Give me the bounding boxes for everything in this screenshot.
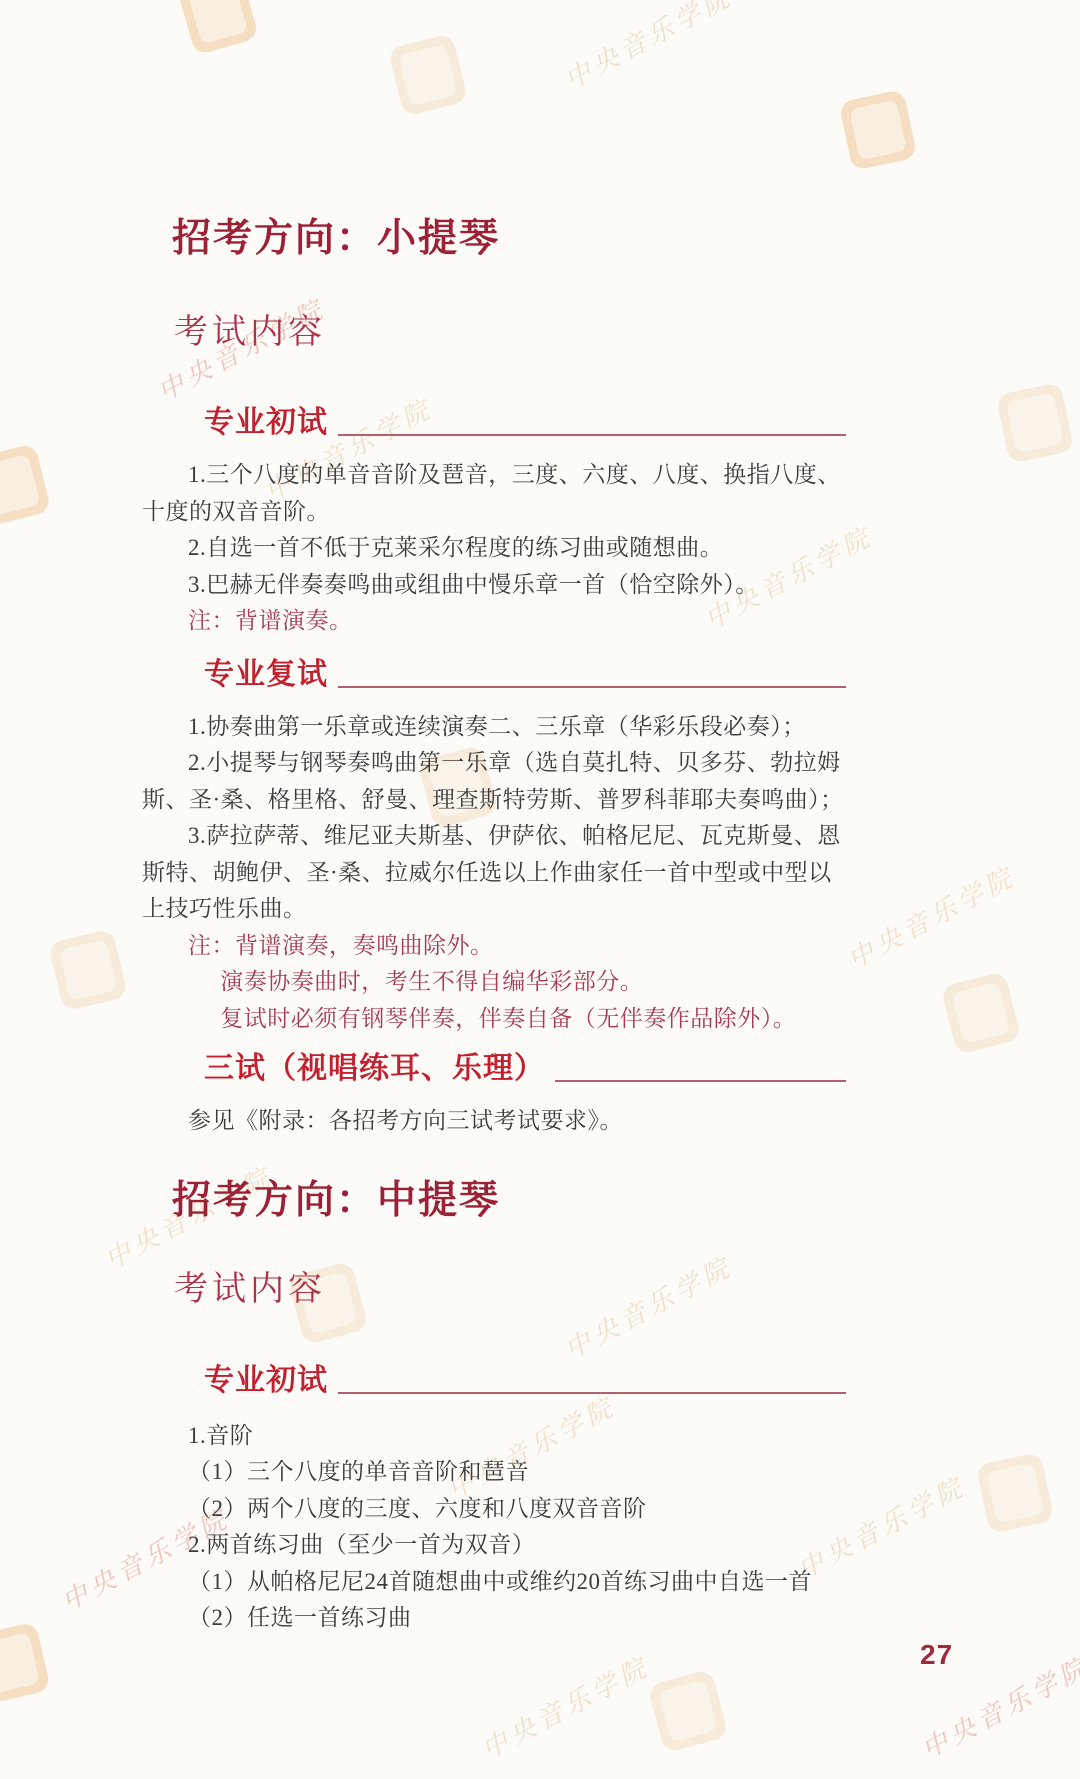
paragraph: 3.萨拉萨蒂、维尼亚夫斯基、伊萨依、帕格尼尼、瓦克斯曼、恩斯特、胡鲍伊、圣·桑、…	[142, 818, 846, 928]
block-heading-text: 专业初试	[204, 1363, 328, 1399]
note: 演奏协奏曲时，考生不得自编华彩部分。	[142, 964, 846, 1001]
block-heading-preliminary-viola: 专业初试	[204, 1363, 846, 1399]
watermark-seal	[941, 971, 1022, 1055]
paragraph-group: 1.三个八度的单音音阶及琶音，三度、六度、八度、换指八度、十度的双音音阶。 2.…	[142, 457, 846, 640]
block-heading-text: 专业复试	[204, 657, 328, 693]
watermark-seal	[0, 443, 51, 527]
note: 注：背谱演奏，奏鸣曲除外。	[142, 928, 846, 965]
exam-content-subtitle: 考试内容	[142, 311, 846, 353]
page-content: 招考方向：小提琴 考试内容 专业初试 1.三个八度的单音音阶及琶音，三度、六度、…	[142, 0, 846, 1637]
block-heading-text: 三试（视唱练耳、乐理）	[204, 1051, 545, 1087]
paragraph-group: 参见《附录：各招考方向三试考试要求》。	[142, 1103, 846, 1140]
block-heading-retrial: 专业复试	[204, 657, 846, 693]
watermark-seal	[838, 89, 917, 171]
note: 注：背谱演奏。	[142, 603, 846, 640]
page-number: 27	[920, 1639, 953, 1671]
block-heading-third-exam: 三试（视唱练耳、乐理）	[204, 1051, 846, 1087]
paragraph: 参见《附录：各招考方向三试考试要求》。	[142, 1103, 846, 1140]
watermark-script: 中央音乐学院	[474, 1647, 656, 1767]
paragraph: 1.协奏曲第一乐章或连续演奏二、三乐章（华彩乐段必奏）；	[142, 709, 846, 746]
paragraph: 2.自选一首不低于克莱采尔程度的练习曲或随想曲。	[142, 530, 846, 567]
heading-rule	[555, 1080, 846, 1082]
section-title-violin: 招考方向：小提琴	[142, 216, 846, 262]
paragraph: 2.小提琴与钢琴奏鸣曲第一乐章（选自莫扎特、贝多芬、勃拉姆斯、圣·桑、格里格、舒…	[142, 745, 846, 818]
paragraph-group: 1.音阶 （1）三个八度的单音音阶和琶音 （2）两个八度的三度、六度和八度双音音…	[142, 1418, 846, 1637]
section-title-viola: 招考方向：中提琴	[142, 1178, 846, 1224]
watermark-seal	[0, 1621, 51, 1704]
heading-rule	[338, 434, 846, 436]
paragraph: 1.音阶	[142, 1418, 846, 1455]
paragraph: 2.两首练习曲（至少一首为双音）	[142, 1527, 846, 1564]
watermark-seal	[48, 928, 128, 1011]
paragraph: （1）三个八度的单音音阶和琶音	[142, 1454, 846, 1491]
watermark-seal	[975, 1452, 1054, 1534]
paragraph: （2）任选一首练习曲	[142, 1600, 846, 1637]
watermark-seal	[647, 1669, 729, 1754]
paragraph: 1.三个八度的单音音阶及琶音，三度、六度、八度、换指八度、十度的双音音阶。	[142, 457, 846, 530]
document-page: 中央音乐学院中央音乐学院中央音乐学院中央音乐学院中央音乐学院中央音乐学院中央音乐…	[0, 0, 1080, 1779]
block-heading-preliminary: 专业初试	[204, 405, 846, 441]
paragraph: （2）两个八度的三度、六度和八度双音音阶	[142, 1491, 846, 1528]
watermark-seal	[995, 382, 1074, 464]
paragraph-group: 1.协奏曲第一乐章或连续演奏二、三乐章（华彩乐段必奏）； 2.小提琴与钢琴奏鸣曲…	[142, 709, 846, 1038]
heading-rule	[338, 686, 846, 688]
block-heading-text: 专业初试	[204, 405, 328, 441]
paragraph: 3.巴赫无伴奏奏鸣曲或组曲中慢乐章一首（恰空除外）。	[142, 567, 846, 604]
paragraph: （1）从帕格尼尼24首随想曲中或维约20首练习曲中自选一首	[142, 1564, 846, 1601]
watermark-script: 中央音乐学院	[840, 857, 1022, 977]
heading-rule	[338, 1392, 846, 1394]
note: 复试时必须有钢琴伴奏，伴奏自备（无伴奏作品除外）。	[142, 1001, 846, 1038]
exam-content-subtitle: 考试内容	[142, 1268, 846, 1310]
